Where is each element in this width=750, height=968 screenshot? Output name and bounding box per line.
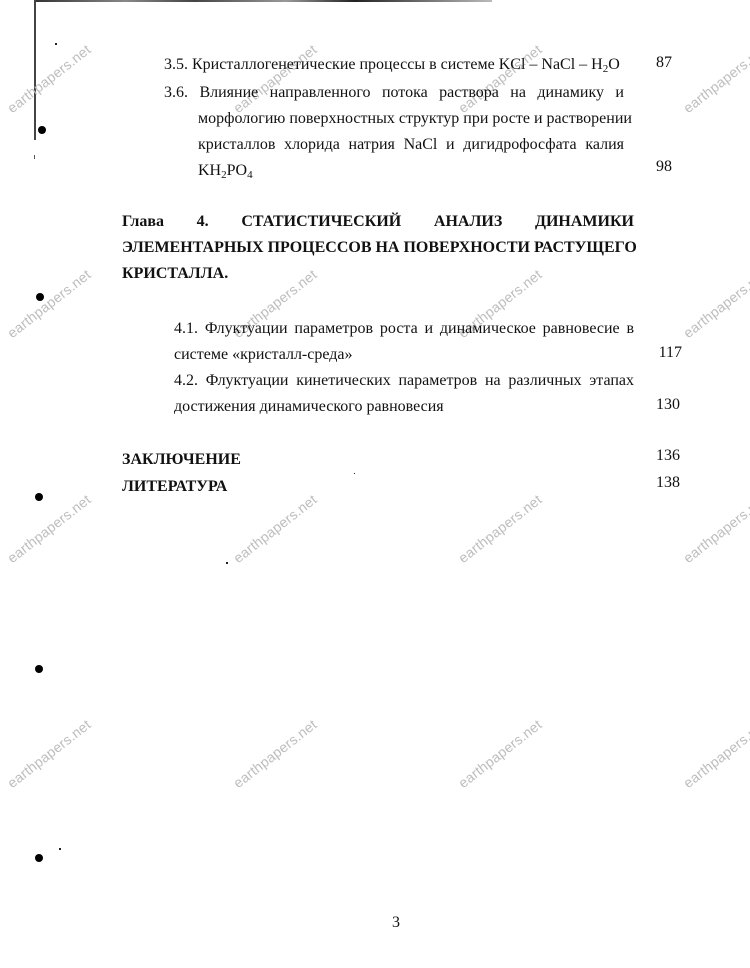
- toc-line: 4.1. Флуктуации параметров роста и динам…: [174, 316, 634, 342]
- chapter-line: ЭЛЕМЕНТАРНЫХ ПРОЦЕССОВ НА ПОВЕРХНОСТИ РА…: [122, 235, 634, 261]
- toc-conclusion: ЗАКЛЮЧЕНИЕ: [122, 447, 241, 473]
- binder-hole: [35, 493, 43, 501]
- toc-line: морфологию поверхностных структур при ро…: [198, 106, 624, 132]
- toc-line: системе «кристалл-среда»: [174, 342, 634, 368]
- chapter-line: КРИСТАЛЛА.: [122, 261, 634, 287]
- watermark: earthpapers.net: [680, 266, 750, 341]
- subscript: 4: [247, 169, 253, 181]
- scan-speck: [55, 43, 57, 45]
- chapter-line: Глава 4. СТАТИСТИЧЕСКИЙ АНАЛИЗ ДИНАМИКИ: [122, 209, 634, 235]
- watermark: earthpapers.net: [4, 716, 94, 791]
- scan-left-border-fragment: [34, 155, 35, 159]
- toc-chapter-4-heading: Глава 4. СТАТИСТИЧЕСКИЙ АНАЛИЗ ДИНАМИКИ …: [122, 209, 634, 287]
- watermark: earthpapers.net: [680, 491, 750, 566]
- toc-entry-4-1: 4.1. Флуктуации параметров роста и динам…: [174, 316, 634, 368]
- toc-entry-3-6: 3.6. Влияние направленного потока раство…: [164, 80, 624, 106]
- toc-line: достижения динамического равновесия: [174, 394, 634, 420]
- scan-speck: [226, 562, 228, 564]
- watermark: earthpapers.net: [680, 41, 750, 116]
- watermark: earthpapers.net: [680, 716, 750, 791]
- watermark: earthpapers.net: [230, 491, 320, 566]
- toc-literature: ЛИТЕРАТУРА: [122, 474, 227, 500]
- toc-section-number: 3.5.: [164, 56, 188, 73]
- toc-line: кристаллов хлорида натрия NaCl и дигидро…: [198, 132, 624, 158]
- watermark: earthpapers.net: [4, 266, 94, 341]
- toc-page-number: 117: [642, 340, 682, 366]
- scan-speck: [354, 473, 355, 474]
- watermark: earthpapers.net: [4, 41, 94, 116]
- toc-page-number: 136: [640, 443, 680, 469]
- watermark: earthpapers.net: [455, 716, 545, 791]
- formula-part: PO: [227, 162, 247, 179]
- toc-line-formula: KH2PO4: [198, 158, 624, 184]
- binder-hole: [35, 665, 43, 673]
- toc-line: 4.2. Флуктуации кинетических параметров …: [174, 368, 634, 394]
- binder-hole: [38, 126, 46, 134]
- toc-section-title: Кристаллогенетические процессы в системе…: [192, 56, 603, 73]
- toc-page-number: 130: [640, 392, 680, 418]
- toc-line-text: Влияние направленного потока раствора на…: [199, 84, 624, 101]
- toc-page-number: 87: [632, 50, 672, 76]
- watermark: earthpapers.net: [230, 716, 320, 791]
- toc-page-number: 98: [632, 154, 672, 180]
- toc-line: 3.6. Влияние направленного потока раство…: [164, 80, 624, 106]
- formula-part: KH: [198, 162, 221, 179]
- binder-hole: [36, 293, 44, 301]
- binder-hole: [35, 854, 43, 862]
- watermark: earthpapers.net: [455, 491, 545, 566]
- page-number: 3: [392, 914, 400, 932]
- toc-entry-3-5: 3.5. Кристаллогенетические процессы в си…: [164, 52, 620, 78]
- toc-section-number: 3.6.: [164, 84, 188, 101]
- scan-speck: [59, 848, 61, 850]
- toc-section-title-end: O: [608, 56, 620, 73]
- scan-top-border: [34, 0, 492, 2]
- toc-entry-4-2: 4.2. Флуктуации кинетических параметров …: [174, 368, 634, 420]
- watermark: earthpapers.net: [4, 491, 94, 566]
- toc-entry-3-6-cont: морфологию поверхностных структур при ро…: [198, 106, 624, 184]
- scan-left-border: [34, 0, 36, 140]
- toc-page-number: 138: [640, 470, 680, 496]
